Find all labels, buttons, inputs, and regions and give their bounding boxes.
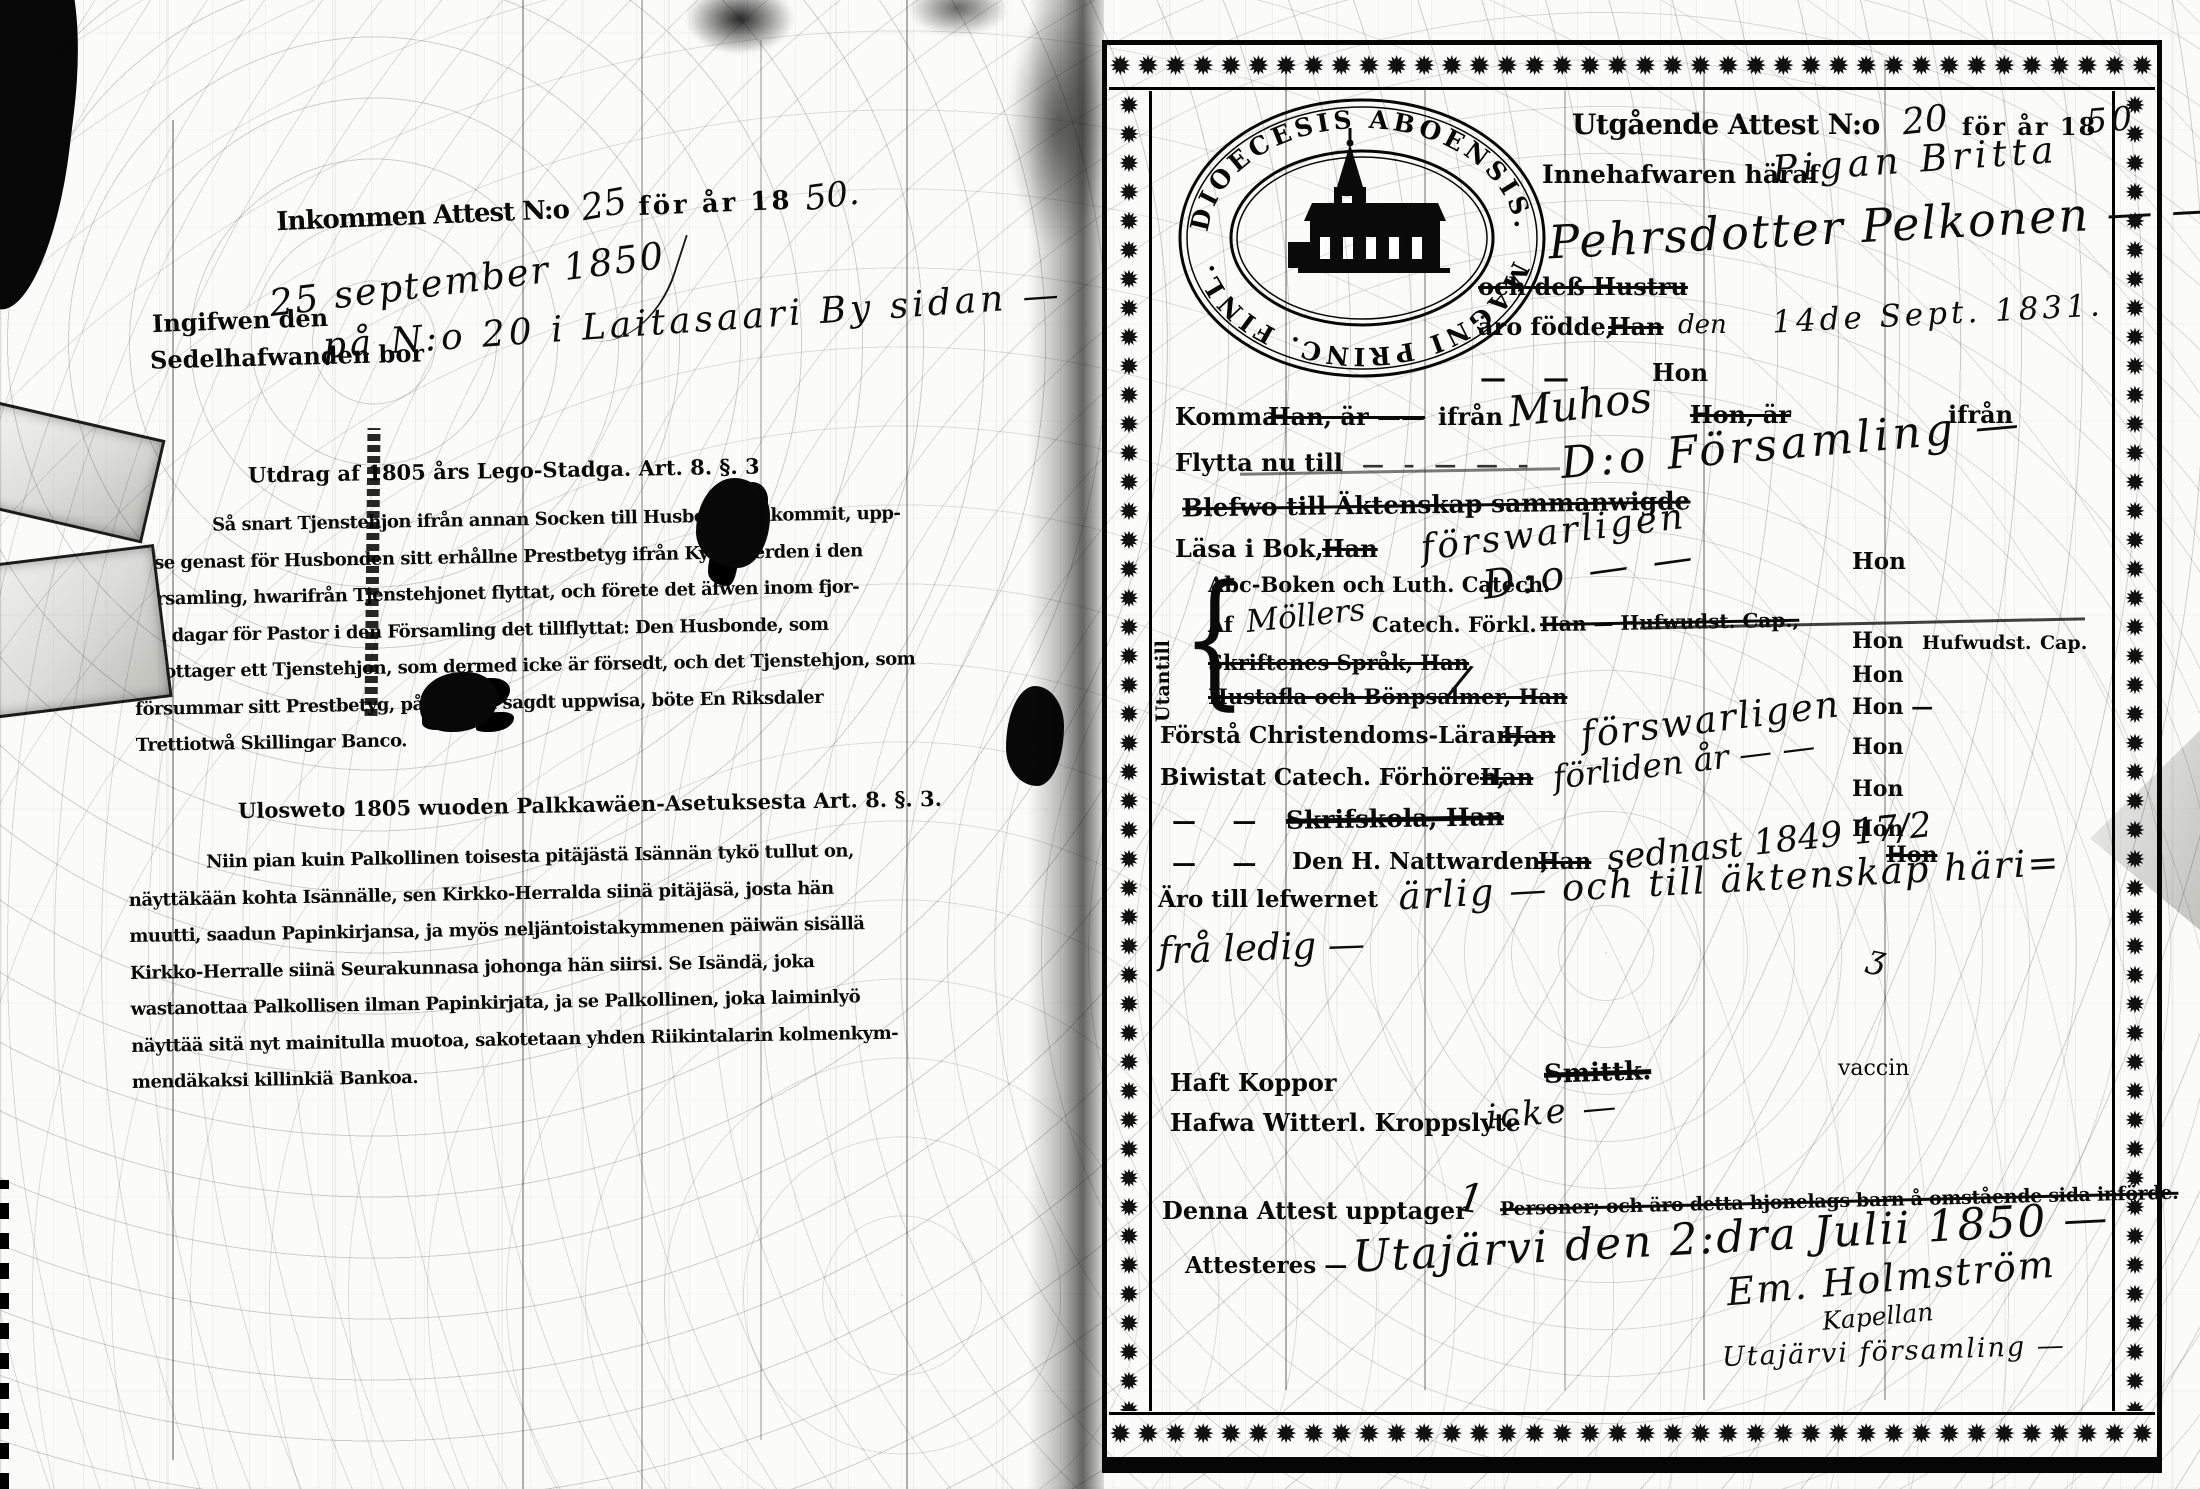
understands-label: Förstå Christendoms-Läran, <box>1160 722 1521 749</box>
attested-label: Attesteres — <box>1185 1252 1347 1279</box>
house-table-struck: Hustafla och Bönpsalmer, Han <box>1208 684 1567 709</box>
scripture-language-struck: Skriftenes Språk, Han <box>1208 650 1469 675</box>
scripture-hon: Hon <box>1852 662 1903 688</box>
rosette-border-right: ✹✹✹✹✹✹✹✹✹✹✹✹✹✹✹✹✹✹✹✹✹✹✹✹✹✹✹✹✹✹✹✹✹✹✹✹✹✹✹✹… <box>2112 91 2155 1411</box>
rosette-border-top: ✹✹✹✹✹✹✹✹✹✹✹✹✹✹✹✹✹✹✹✹✹✹✹✹✹✹✹✹✹✹✹✹✹✹✹✹✹✹✹✹… <box>1109 47 2155 90</box>
comes-from-ifran: ifrån <box>1438 402 1503 431</box>
bodily-defect-label: Hafwa Witterl. Kroppslyte <box>1170 1108 1521 1137</box>
conduct-label: Äro till lefwernet <box>1158 886 1378 913</box>
persons-count-label: Denna Attest upptager <box>1162 1196 1468 1225</box>
smallpox-struck-word: Smittk. <box>1544 1056 1652 1090</box>
edge-smudge-top-1 <box>686 0 794 54</box>
page-holder-left-lower <box>0 544 173 722</box>
spouse-struck-label: och deß Hustru <box>1478 272 1688 301</box>
fold-line <box>522 0 524 1489</box>
moller-han-struck: Han — Hufwudst. Cap., <box>1540 608 1800 637</box>
reads-hon: Hon <box>1852 548 1906 575</box>
moller-catech-af: Af <box>1208 612 1233 637</box>
fold-line <box>172 120 174 1460</box>
understands-hon: Hon <box>1852 734 1903 760</box>
understands-han-struck: Han <box>1502 722 1555 749</box>
comes-from-label: Komma <box>1175 402 1278 431</box>
swedish-statute-heading: Utdrag af 1805 års Lego-Stadga. Art. 8. … <box>248 454 760 488</box>
confession-school-struck: Skrifskola, Han <box>1286 802 1504 835</box>
edge-smudge-top-2 <box>908 0 1008 36</box>
fold-line <box>760 40 762 1440</box>
catechism-meetings-label: Biwistat Catech. Förhören, <box>1160 764 1505 791</box>
communion-dashes: — — <box>1172 848 1270 877</box>
vaccine-label: vaccin <box>1838 1056 1909 1081</box>
moller-catech-label: Catech. Förkl. <box>1372 612 1537 637</box>
scanned-church-attest-1850: Inkommen Attest N:o 25 för år 18 50. Ing… <box>0 0 2200 1489</box>
attest-year-handwritten: 50 <box>2085 98 2138 140</box>
catechism-hon: Hon <box>1852 776 1903 802</box>
fold-line <box>906 0 908 1489</box>
born-den: den <box>1678 310 1727 340</box>
born-hon: Hon <box>1652 358 1708 387</box>
catechism-han-struck: Han <box>1480 764 1533 791</box>
finnish-statute-paragraph: Niin pian kuin Palkollinen toisesta pitä… <box>128 834 822 1102</box>
by-heart-label: Utantill <box>1152 592 1174 722</box>
left-title: Inkommen Attest N:o 25 för år 18 50. <box>275 174 859 239</box>
left-title-year-handwritten: 50. <box>802 173 861 220</box>
left-page: Inkommen Attest N:o 25 för år 18 50. Ing… <box>0 0 1100 1489</box>
rosette-border-left: ✹✹✹✹✹✹✹✹✹✹✹✹✹✹✹✹✹✹✹✹✹✹✹✹✹✹✹✹✹✹✹✹✹✹✹✹✹✹✹✹… <box>1109 91 1152 1411</box>
edge-marks-bottom-left <box>0 1180 9 1489</box>
confession-school-dashes: — — <box>1172 806 1270 835</box>
born-label: äro födde, <box>1478 312 1614 341</box>
gutter-shadow-top <box>1008 0 1108 250</box>
moller-hon: Hon <box>1852 628 1903 654</box>
moves-to-dashes: — – — — – <box>1362 452 1535 478</box>
smallpox-label: Haft Koppor <box>1170 1068 1337 1097</box>
moller-cap: Cap. <box>2040 632 2087 654</box>
conduct-value2-handwritten: frå ledig — <box>1157 922 1365 972</box>
left-title-printed: Inkommen Attest N:o <box>276 195 570 237</box>
reads-han-struck: Han <box>1322 534 1378 563</box>
house-table-hon: Hon — <box>1852 694 1933 720</box>
rosette-border-bottom: ✹✹✹✹✹✹✹✹✹✹✹✹✹✹✹✹✹✹✹✹✹✹✹✹✹✹✹✹✹✹✹✹✹✹✹✹✹✹✹✹… <box>1109 1412 2155 1455</box>
left-title-printed-year-prefix: för år 18 <box>638 186 793 222</box>
moller-hufwudst: Hufwudst. <box>1922 632 2031 654</box>
born-han-struck: Han <box>1608 312 1664 341</box>
fold-line <box>641 0 643 1489</box>
attest-header-printed: Utgående Attest N:o <box>1572 108 1880 141</box>
comes-from-han-struck: Han, är —— <box>1268 402 1425 431</box>
finnish-statute-heading: Ulosweto 1805 wuoden Palkkawäen-Asetukse… <box>238 786 942 823</box>
